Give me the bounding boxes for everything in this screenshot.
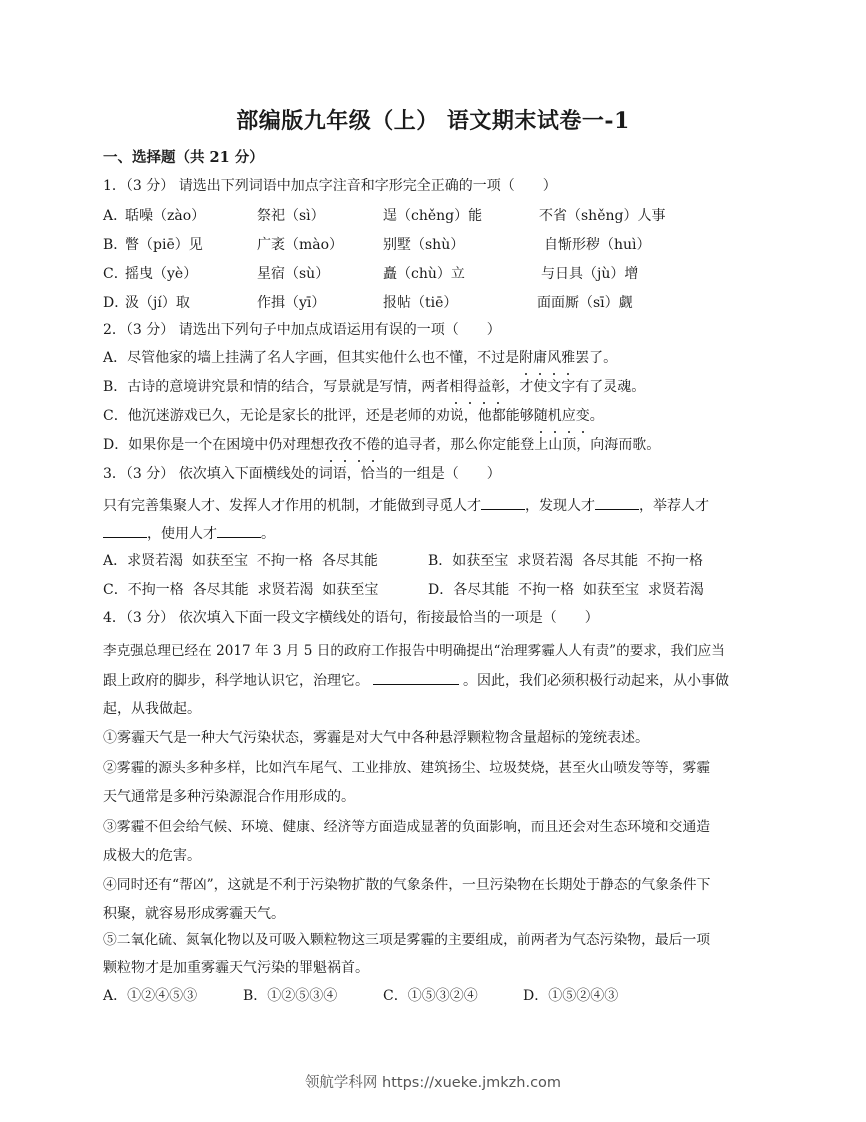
q2-stem: 2．（3 分） 请选出下列句子中加点成语运用有误的一项（ ） — [103, 320, 501, 340]
q2-d-idiom-char: 孜 — [338, 435, 352, 455]
q3-passage-text: ，发现人才 — [525, 498, 595, 514]
q2-b-idiom-char: 相 — [449, 377, 463, 397]
q1-option-d-item-4: 面面厮（sī）觑 — [537, 293, 633, 313]
q4-passage-line-3: 起，从我做起。 — [103, 699, 201, 719]
q3-passage-text: ，举荐人才 — [639, 498, 709, 514]
q2-option-c: C．他沉迷游戏已久，无论是家长的批评，还是老师的劝说，他都能够随机应变。 — [103, 406, 604, 426]
q2-c-idiom-char: 变 — [576, 406, 590, 426]
q4-sentence-2: ②雾霾的源头多种多样，比如汽车尾气、工业排放、建筑扬尘、垃圾焚烧，甚至火山喷发等… — [103, 758, 710, 778]
q4-option-c-text: ①⑤③②④ — [408, 988, 478, 1004]
q2-option-b: B．古诗的意境讲究景和情的结合，写景就是写情，两者相得益彰，才使文字有了灵魂。 — [103, 377, 645, 397]
q2-option-c-post: 。 — [590, 408, 604, 424]
section-heading: 一、选择题（共 21 分） — [103, 148, 264, 168]
q3-option-b: B．如获至宝 求贤若渴 各尽其能 不拘一格 — [428, 551, 703, 571]
q1-option-b-label: B． — [103, 235, 127, 255]
q4-passage-text: 。因此，我们必须积极行动起来，从小事做 — [463, 673, 729, 689]
q4-sentence-5: ⑤二氧化硫、氮氧化物以及可吸入颗粒物这三项是雾霾的主要组成，前两者为气态污染物，… — [103, 930, 710, 950]
q4-option-a: A．①②④⑤③ — [103, 986, 197, 1006]
q1-option-b-item-2: 广袤（mào） — [257, 235, 343, 255]
q4-sentence-1: ①雾霾天气是一种大气污染状态，雾霾是对大气中各种悬浮颗粒物含量超标的笼统表述。 — [103, 728, 649, 748]
q2-c-idiom-char: 机 — [548, 406, 562, 426]
q3-option-c-label: C． — [103, 582, 128, 598]
q2-option-c-label: C． — [103, 408, 128, 424]
page-title: 部编版九年级（上） 语文期末试卷一-1 — [0, 104, 866, 135]
q4-blank[interactable] — [373, 670, 459, 685]
q4-passage-text: 跟上政府的脚步，科学地认识它，治理它。 — [103, 673, 369, 689]
q3-passage-text: ，使用人才 — [147, 526, 217, 542]
q3-option-d-text: 各尽其能 不拘一格 如获至宝 求贤若渴 — [453, 582, 704, 598]
q4-sentence-4: ④同时还有“帮凶”，这就是不利于污染物扩散的气象条件，一旦污染物在长期处于静态的… — [103, 875, 710, 895]
q4-option-d-text: ①⑤②④③ — [548, 988, 618, 1004]
q4-option-b-text: ①②⑤③④ — [267, 988, 337, 1004]
q4-option-c: C．①⑤③②④ — [383, 986, 478, 1006]
q4-option-b-label: B． — [243, 988, 267, 1004]
q2-option-a-idiom: 附庸风雅 — [519, 348, 575, 368]
q2-b-idiom-char: 得 — [463, 377, 477, 397]
q2-option-a: A．尽管他家的墙上挂满了名人字画，但其实他什么也不懂，不过是附庸风雅罢了。 — [103, 348, 617, 368]
q1-option-c-item-2: 星宿（sù） — [257, 264, 329, 284]
q3-option-d: D．各尽其能 不拘一格 如获至宝 求贤若渴 — [428, 580, 704, 600]
q2-option-d-pre: 如果你是一个在困境中仍对理想 — [128, 437, 324, 453]
q4-sentence-3: ③雾霾不但会给气候、环境、健康、经济等方面造成显著的负面影响，而且还会对生态环境… — [103, 817, 710, 837]
q4-sentence-5-cont: 颗粒物才是加重雾霾天气污染的罪魁祸首。 — [103, 958, 369, 978]
q2-option-b-idiom: 相得益彰 — [449, 377, 505, 397]
q2-option-a-post: 罢了。 — [575, 350, 617, 366]
footer-watermark: 领航学科网 https://xueke.jmkzh.com — [0, 1071, 866, 1092]
q2-option-d-idiom: 孜孜不倦 — [324, 435, 380, 455]
q1-option-c-label: C． — [103, 264, 128, 284]
q3-blank-1[interactable] — [481, 495, 525, 510]
q1-option-b-item-1: 瞥（piē）见 — [125, 235, 203, 255]
q2-option-d-label: D． — [103, 437, 128, 453]
q1-option-a-label: A． — [103, 206, 127, 226]
q4-passage-line-2: 跟上政府的脚步，科学地认识它，治理它。。因此，我们必须积极行动起来，从小事做 — [103, 670, 729, 691]
q3-option-b-text: 如获至宝 求贤若渴 各尽其能 不拘一格 — [452, 553, 703, 569]
q1-option-a-item-4: 不省（shěng）人事 — [539, 206, 665, 226]
q2-d-idiom-char: 孜 — [324, 435, 338, 455]
q1-stem: 1．（3 分） 请选出下列词语中加点字注音和字形完全正确的一项（ ） — [103, 176, 557, 196]
q2-b-idiom-char: 益 — [477, 377, 491, 397]
q1-option-a-item-2: 祭祀（sì） — [257, 206, 325, 226]
q3-option-d-label: D． — [428, 582, 453, 598]
q1-option-d-item-2: 作揖（yī） — [257, 293, 325, 313]
q2-option-b-label: B． — [103, 379, 127, 395]
q3-blank-2[interactable] — [595, 495, 639, 510]
q1-option-a-item-1: 聒噪（zào） — [125, 206, 205, 226]
q3-passage-text: 。 — [261, 526, 275, 542]
q3-passage-text: 只有完善集聚人才、发挥人才作用的机制，才能做到寻觅人才 — [103, 498, 481, 514]
q2-option-a-pre: 尽管他家的墙上挂满了名人字画，但其实他什么也不懂，不过是 — [127, 350, 519, 366]
q3-option-b-label: B． — [428, 553, 452, 569]
exam-page: 部编版九年级（上） 语文期末试卷一-1 一、选择题（共 21 分） 1．（3 分… — [0, 0, 866, 1122]
q3-blank-3[interactable] — [103, 523, 147, 538]
q4-sentence-3-cont: 成极大的危害。 — [103, 846, 201, 866]
q2-a-idiom-char: 风 — [547, 348, 561, 368]
q4-option-d-label: D． — [523, 988, 548, 1004]
q1-option-a-item-3: 逞（chěng）能 — [383, 206, 482, 226]
q3-passage-line-1: 只有完善集聚人才、发挥人才作用的机制，才能做到寻觅人才，发现人才，举荐人才 — [103, 495, 709, 516]
q3-option-a-label: A． — [103, 553, 127, 569]
q4-sentence-4-cont: 积聚，就容易形成雾霾天气。 — [103, 904, 285, 924]
q3-option-c-text: 不拘一格 各尽其能 求贤若渴 如获至宝 — [128, 582, 379, 598]
q2-c-idiom-char: 随 — [534, 406, 548, 426]
q4-option-c-label: C． — [383, 988, 408, 1004]
q2-a-idiom-char: 庸 — [533, 348, 547, 368]
q1-option-d-item-1: 汲（jí）取 — [125, 293, 190, 313]
q3-option-a-text: 求贤若渴 如获至宝 不拘一格 各尽其能 — [127, 553, 378, 569]
q3-blank-4[interactable] — [217, 523, 261, 538]
q2-option-b-post: ，才使文字有了灵魂。 — [505, 379, 645, 395]
q2-d-idiom-char: 不 — [352, 435, 366, 455]
q4-option-d: D．①⑤②④③ — [523, 986, 618, 1006]
q2-c-idiom-char: 应 — [562, 406, 576, 426]
q2-option-b-pre: 古诗的意境讲究景和情的结合，写景就是写情，两者 — [127, 379, 449, 395]
q1-option-b-item-4: 自惭形秽（huì） — [544, 235, 651, 255]
q4-sentence-2-cont: 天气通常是多种污染源混合作用形成的。 — [103, 787, 355, 807]
q4-option-b: B．①②⑤③④ — [243, 986, 337, 1006]
q2-option-c-idiom: 随机应变 — [534, 406, 590, 426]
q2-a-idiom-char: 附 — [519, 348, 533, 368]
q2-option-d: D．如果你是一个在困境中仍对理想孜孜不倦的追寻者，那么你定能登上山顶，向海而歌。 — [103, 435, 660, 455]
q1-option-c-item-4: 与日具（jù）增 — [541, 264, 638, 284]
q4-passage-line-1: 李克强总理已经在 2017 年 3 月 5 日的政府工作报告中明确提出“治理雾霾… — [103, 641, 725, 661]
q2-d-idiom-char: 倦 — [366, 435, 380, 455]
q1-option-c-item-1: 摇曳（yè） — [125, 264, 197, 284]
q4-option-a-text: ①②④⑤③ — [127, 988, 197, 1004]
q3-option-a: A．求贤若渴 如获至宝 不拘一格 各尽其能 — [103, 551, 378, 571]
q3-option-c: C．不拘一格 各尽其能 求贤若渴 如获至宝 — [103, 580, 378, 600]
q3-passage-line-2: ，使用人才。 — [103, 523, 275, 544]
q4-stem: 4．（3 分） 依次填入下面一段文字横线处的语句，衔接最恰当的一项是（ ） — [103, 608, 599, 628]
q2-option-d-post: 的追寻者，那么你定能登上山顶，向海而歌。 — [380, 437, 660, 453]
q2-a-idiom-char: 雅 — [561, 348, 575, 368]
q2-option-c-pre: 他沉迷游戏已久，无论是家长的批评，还是老师的劝说，他都能够 — [128, 408, 534, 424]
q1-option-c-item-3: 矗（chù）立 — [383, 264, 465, 284]
q2-option-a-label: A． — [103, 350, 127, 366]
q1-option-d-item-3: 报帖（tiē） — [383, 293, 457, 313]
q1-option-b-item-3: 别墅（shù） — [383, 235, 464, 255]
q2-b-idiom-char: 彰 — [491, 377, 505, 397]
q4-option-a-label: A． — [103, 988, 127, 1004]
q3-stem: 3．（3 分） 依次填入下面横线处的词语，恰当的一组是（ ） — [103, 464, 501, 484]
